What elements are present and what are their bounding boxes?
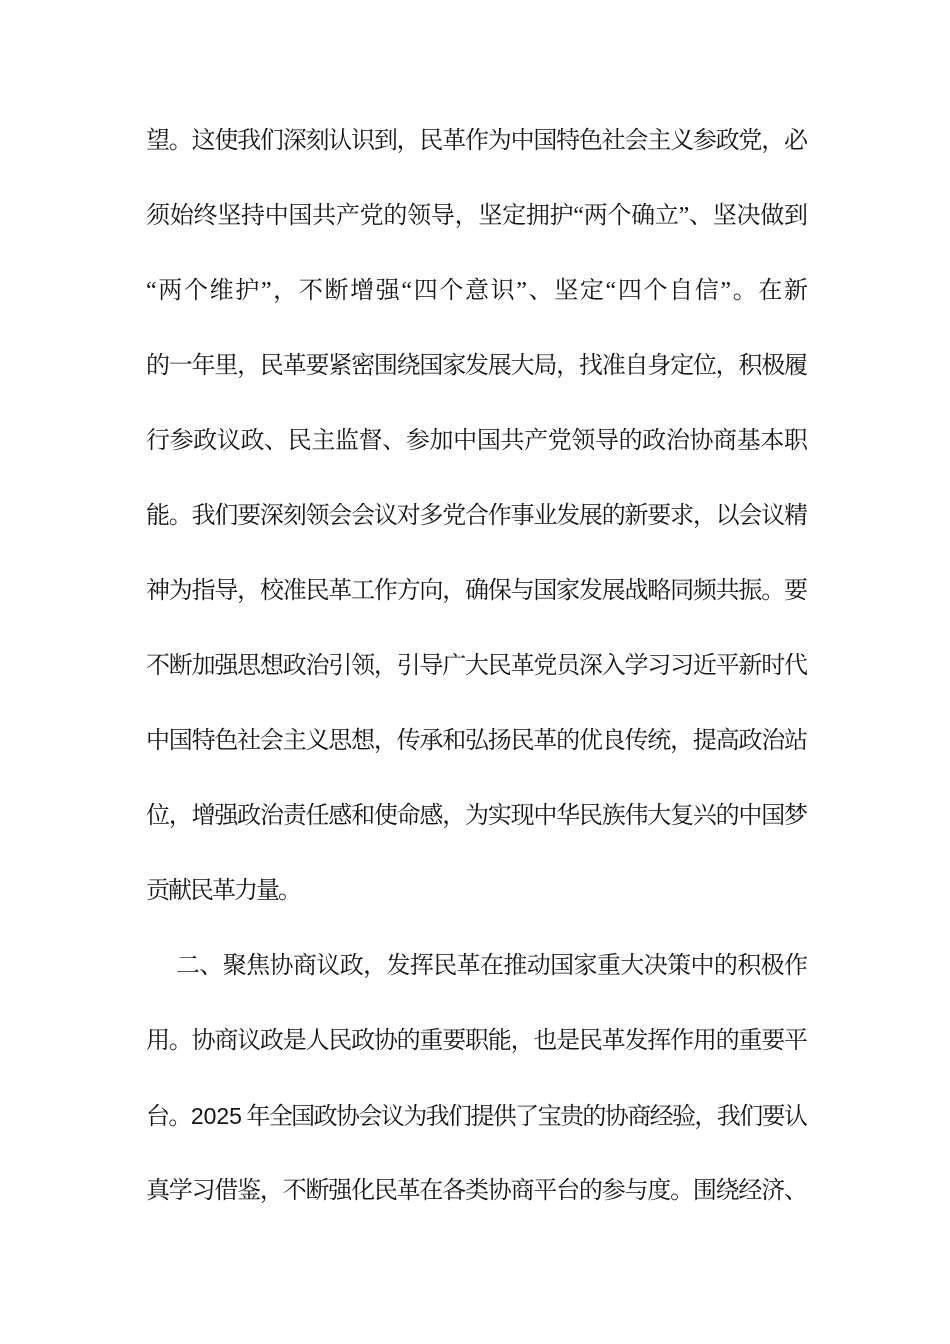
- text-line-10: 位，增强政治责任感和使命感，为实现中华民族伟大复兴的中国梦: [146, 779, 806, 854]
- text-line-13: 用。协商议政是人民政协的重要职能，也是民革发挥作用的重要平: [146, 1004, 806, 1079]
- text-line-15: 真学习借鉴，不断强化民革在各类协商平台的参与度。围绕经济、: [146, 1154, 806, 1229]
- text-line-1: 望。这使我们深刻认识到，民革作为中国特色社会主义参政党，必: [146, 104, 806, 179]
- text-run-pre: 台。: [146, 1104, 191, 1130]
- text-run-post: 年全国政协会议为我们提供了宝贵的协商经验，我们要认: [242, 1104, 806, 1130]
- text-line-9: 中国特色社会主义思想，传承和弘扬民革的优良传统，提高政治站: [146, 704, 806, 779]
- text-line-14: 台。2025 年全国政协会议为我们提供了宝贵的协商经验，我们要认: [146, 1079, 806, 1154]
- text-line-6: 能。我们要深刻领会会议对多党合作事业发展的新要求，以会议精: [146, 479, 806, 554]
- document-body: 望。这使我们深刻认识到，民革作为中国特色社会主义参政党，必 须始终坚持中国共产党…: [146, 104, 806, 1229]
- text-line-5: 行参政议政、民主监督、参加中国共产党领导的政治协商基本职: [146, 404, 806, 479]
- text-line-8: 不断加强思想政治引领，引导广大民革党员深入学习习近平新时代: [146, 629, 806, 704]
- document-page: 望。这使我们深刻认识到，民革作为中国特色社会主义参政党，必 须始终坚持中国共产党…: [0, 0, 950, 1344]
- text-line-4: 的一年里，民革要紧密围绕国家发展大局，找准自身定位，积极履: [146, 329, 806, 404]
- text-line-2: 须始终坚持中国共产党的领导，坚定拥护“两个确立”、坚决做到: [146, 179, 806, 254]
- text-line-3: “两个维护”，不断增强“四个意识”、坚定“四个自信”。在新: [146, 254, 806, 329]
- year-number: 2025: [191, 1103, 242, 1129]
- text-line-7: 神为指导，校准民革工作方向，确保与国家发展战略同频共振。要: [146, 554, 806, 629]
- text-line-12-section-heading: 二、聚焦协商议政，发挥民革在推动国家重大决策中的积极作: [146, 929, 806, 1004]
- text-line-11-paragraph-end: 贡献民革力量。: [146, 854, 806, 929]
